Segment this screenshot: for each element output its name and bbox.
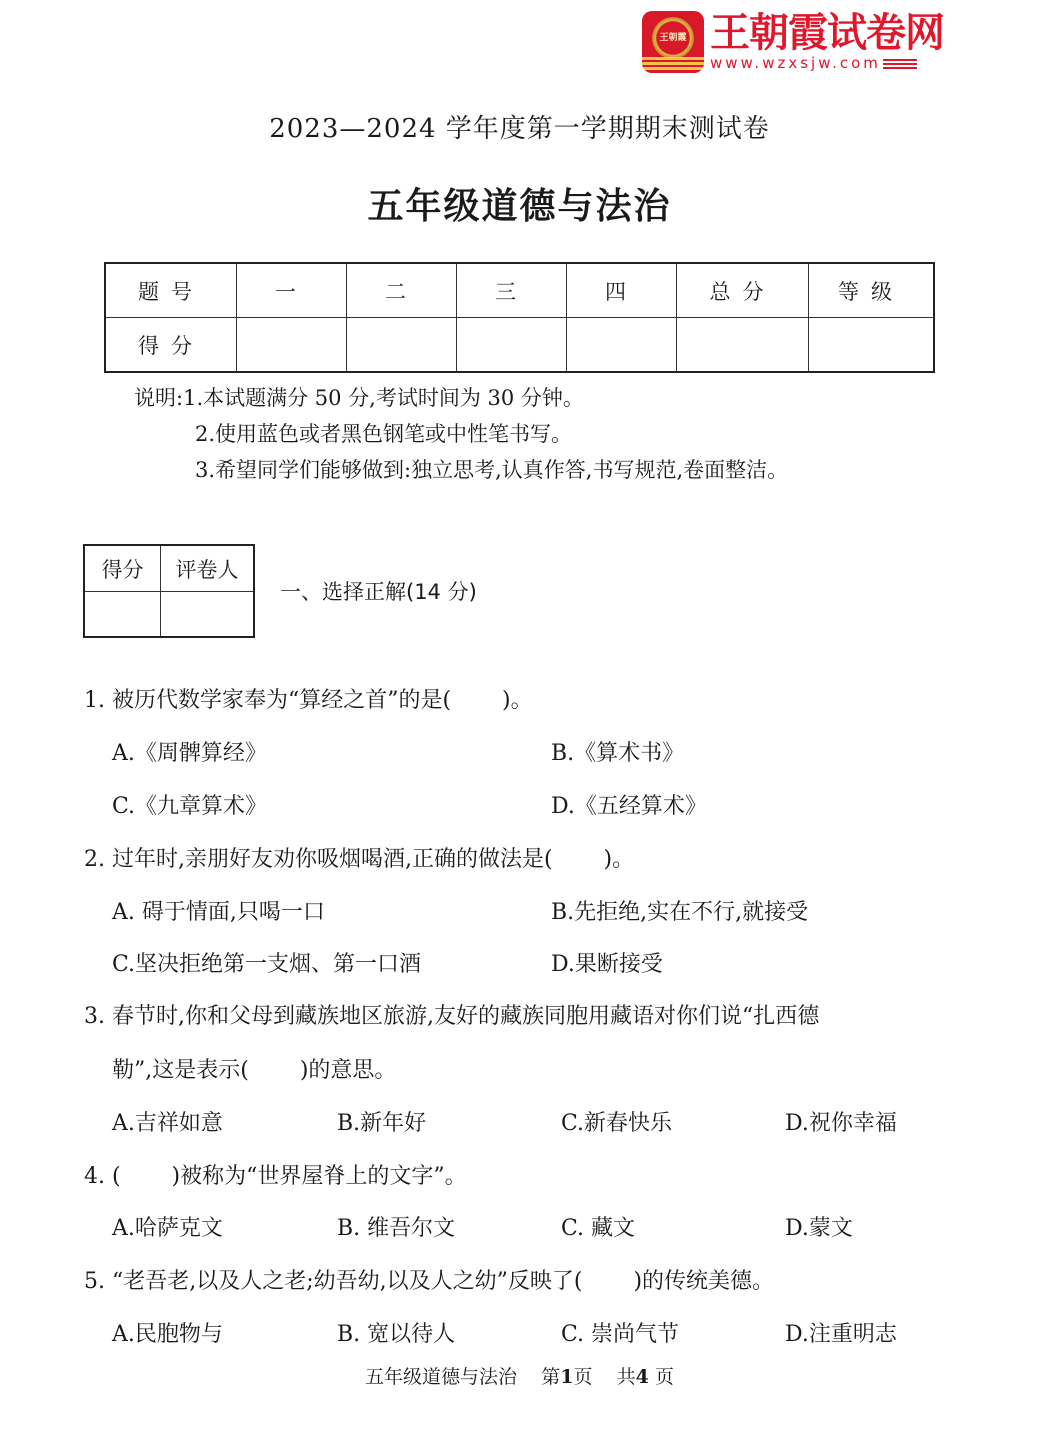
score-cell-grade[interactable] (809, 318, 935, 373)
q2-option-d[interactable]: D.果断接受 (551, 947, 663, 978)
q5-option-b[interactable]: B. 宽以待人 (337, 1317, 455, 1348)
grader-reviewer-header: 评卷人 (161, 545, 255, 592)
waves-icon (883, 59, 917, 69)
logo-icon-text: 王朝霞 (652, 30, 694, 43)
page-number: 1 (560, 1366, 573, 1388)
footer-subject: 五年级道德与法治 (365, 1366, 517, 1388)
page-total: 4 (636, 1366, 649, 1388)
q2-option-a[interactable]: A. 碍于情面,只喝一口 (112, 895, 325, 926)
grader-score-cell[interactable] (84, 592, 161, 638)
logo-url: www.wzxsjw.com (710, 55, 944, 71)
instruction-1: 1.本试题满分 50 分,考试时间为 30 分钟。 (183, 386, 584, 410)
question-2: 2. 过年时,亲朋好友劝你吸烟喝酒,正确的做法是( )。 (84, 842, 634, 873)
logo-medal-icon: 王朝霞 (642, 11, 704, 73)
score-cell-total[interactable] (677, 318, 809, 373)
page-footer: 五年级道德与法治 第1页 共4 页 (0, 1362, 1039, 1389)
question-3-line-2: 勒”,这是表示( )的意思。 (112, 1053, 396, 1084)
q3-option-d[interactable]: D.祝你幸福 (785, 1106, 897, 1137)
q5-option-d[interactable]: D.注重明志 (785, 1317, 897, 1348)
score-cell-2[interactable] (347, 318, 457, 373)
q1-option-a[interactable]: A.《周髀算经》 (112, 736, 267, 767)
section-heading: 一、选择正解(14 分) (280, 576, 477, 606)
exam-subtitle: 2023—2024 学年度第一学期期末测试卷 (0, 108, 1039, 145)
score-cell-3[interactable] (457, 318, 567, 373)
instructions-label: 说明: (134, 386, 183, 410)
grader-reviewer-cell[interactable] (161, 592, 255, 638)
row-header-score: 得分 (105, 318, 237, 373)
col-header-total: 总分 (677, 263, 809, 318)
q5-option-a[interactable]: A.民胞物与 (112, 1317, 223, 1348)
q2-option-b[interactable]: B.先拒绝,实在不行,就接受 (551, 895, 808, 926)
col-header-1: 一 (237, 263, 347, 318)
instruction-3: 3.希望同学们能够做到:独立思考,认真作答,书写规范,卷面整洁。 (134, 452, 788, 488)
q5-option-c[interactable]: C. 崇尚气节 (561, 1317, 679, 1348)
q3-option-b[interactable]: B.新年好 (337, 1106, 426, 1137)
q3-option-c[interactable]: C.新春快乐 (561, 1106, 672, 1137)
question-3-line-1: 3. 春节时,你和父母到藏族地区旅游,友好的藏族同胞用藏语对你们说“扎西德 (84, 999, 819, 1030)
score-cell-4[interactable] (567, 318, 677, 373)
col-header-grade: 等级 (809, 263, 935, 318)
score-table-score-row: 得分 (105, 318, 934, 373)
question-1: 1. 被历代数学家奉为“算经之首”的是( )。 (84, 683, 533, 714)
q1-option-b[interactable]: B.《算术书》 (551, 736, 684, 767)
col-header-3: 三 (457, 263, 567, 318)
q4-option-d[interactable]: D.蒙文 (785, 1211, 853, 1242)
instructions: 说明:1.本试题满分 50 分,考试时间为 30 分钟。 2.使用蓝色或者黑色钢… (134, 380, 788, 488)
q2-option-c[interactable]: C.坚决拒绝第一支烟、第一口酒 (112, 947, 421, 978)
question-4: 4. ( )被称为“世界屋脊上的文字”。 (84, 1159, 467, 1190)
grader-score-header: 得分 (84, 545, 161, 592)
q4-option-b[interactable]: B. 维吾尔文 (337, 1211, 455, 1242)
instruction-2: 2.使用蓝色或者黑色钢笔或中性笔书写。 (134, 416, 788, 452)
col-header-2: 二 (347, 263, 457, 318)
row-header-question-number: 题号 (105, 263, 237, 318)
q1-option-d[interactable]: D.《五经算术》 (551, 789, 707, 820)
q3-option-a[interactable]: A.吉祥如意 (112, 1106, 223, 1137)
score-table: 题号 一 二 三 四 总分 等级 得分 (104, 262, 935, 373)
q4-option-a[interactable]: A.哈萨克文 (112, 1211, 223, 1242)
logo-title: 王朝霞试卷网 (710, 11, 944, 55)
score-cell-1[interactable] (237, 318, 347, 373)
exam-title: 五年级道德与法治 (0, 178, 1039, 229)
score-table-header-row: 题号 一 二 三 四 总分 等级 (105, 263, 934, 318)
grader-box: 得分 评卷人 (83, 544, 255, 638)
question-5: 5. “老吾老,以及人之老;幼吾幼,以及人之幼”反映了( )的传统美德。 (84, 1264, 774, 1295)
col-header-4: 四 (567, 263, 677, 318)
q1-option-c[interactable]: C.《九章算术》 (112, 789, 267, 820)
q4-option-c[interactable]: C. 藏文 (561, 1211, 635, 1242)
site-logo: 王朝霞 王朝霞试卷网 www.wzxsjw.com (642, 11, 944, 73)
